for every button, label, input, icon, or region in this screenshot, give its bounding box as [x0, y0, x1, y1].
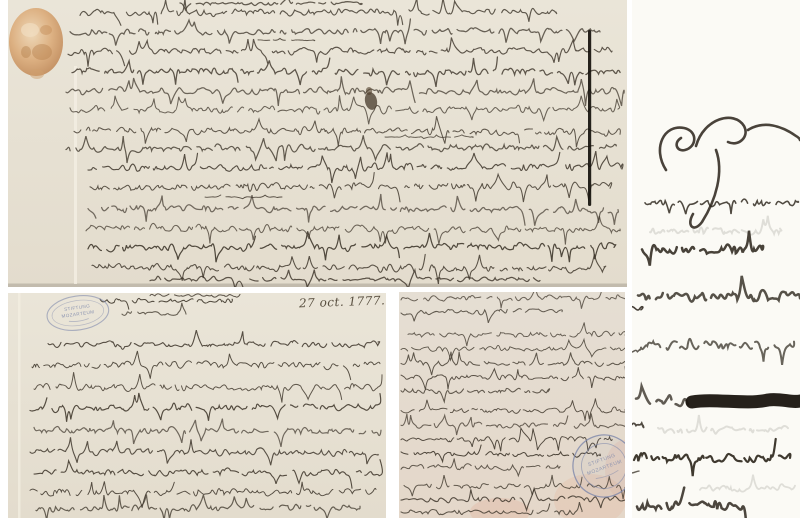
page-bottom-left: STIFTUNG MOZARTEUM 27 oct. 1777.: [8, 292, 386, 518]
page-bottom-middle: STIFTUNG MOZARTEUM: [399, 287, 645, 518]
redaction-stroke: [692, 400, 800, 402]
fold-crease-icon: [18, 293, 21, 518]
manuscript-collage: STIFTUNG MOZARTEUM 27 oct. 1777. STIFTUN…: [0, 0, 800, 518]
page-right: [632, 0, 800, 518]
margin-emphasis-stroke: [588, 30, 591, 206]
fold-crease-icon: [74, 66, 77, 284]
paper-bottom-left: [8, 293, 386, 518]
page-bottom-shadow: [8, 284, 627, 288]
paper-top-left: [8, 0, 627, 287]
page-top-left: [8, 0, 627, 289]
collage-canvas: STIFTUNG MOZARTEUM 27 oct. 1777. STIFTUN…: [0, 0, 800, 518]
